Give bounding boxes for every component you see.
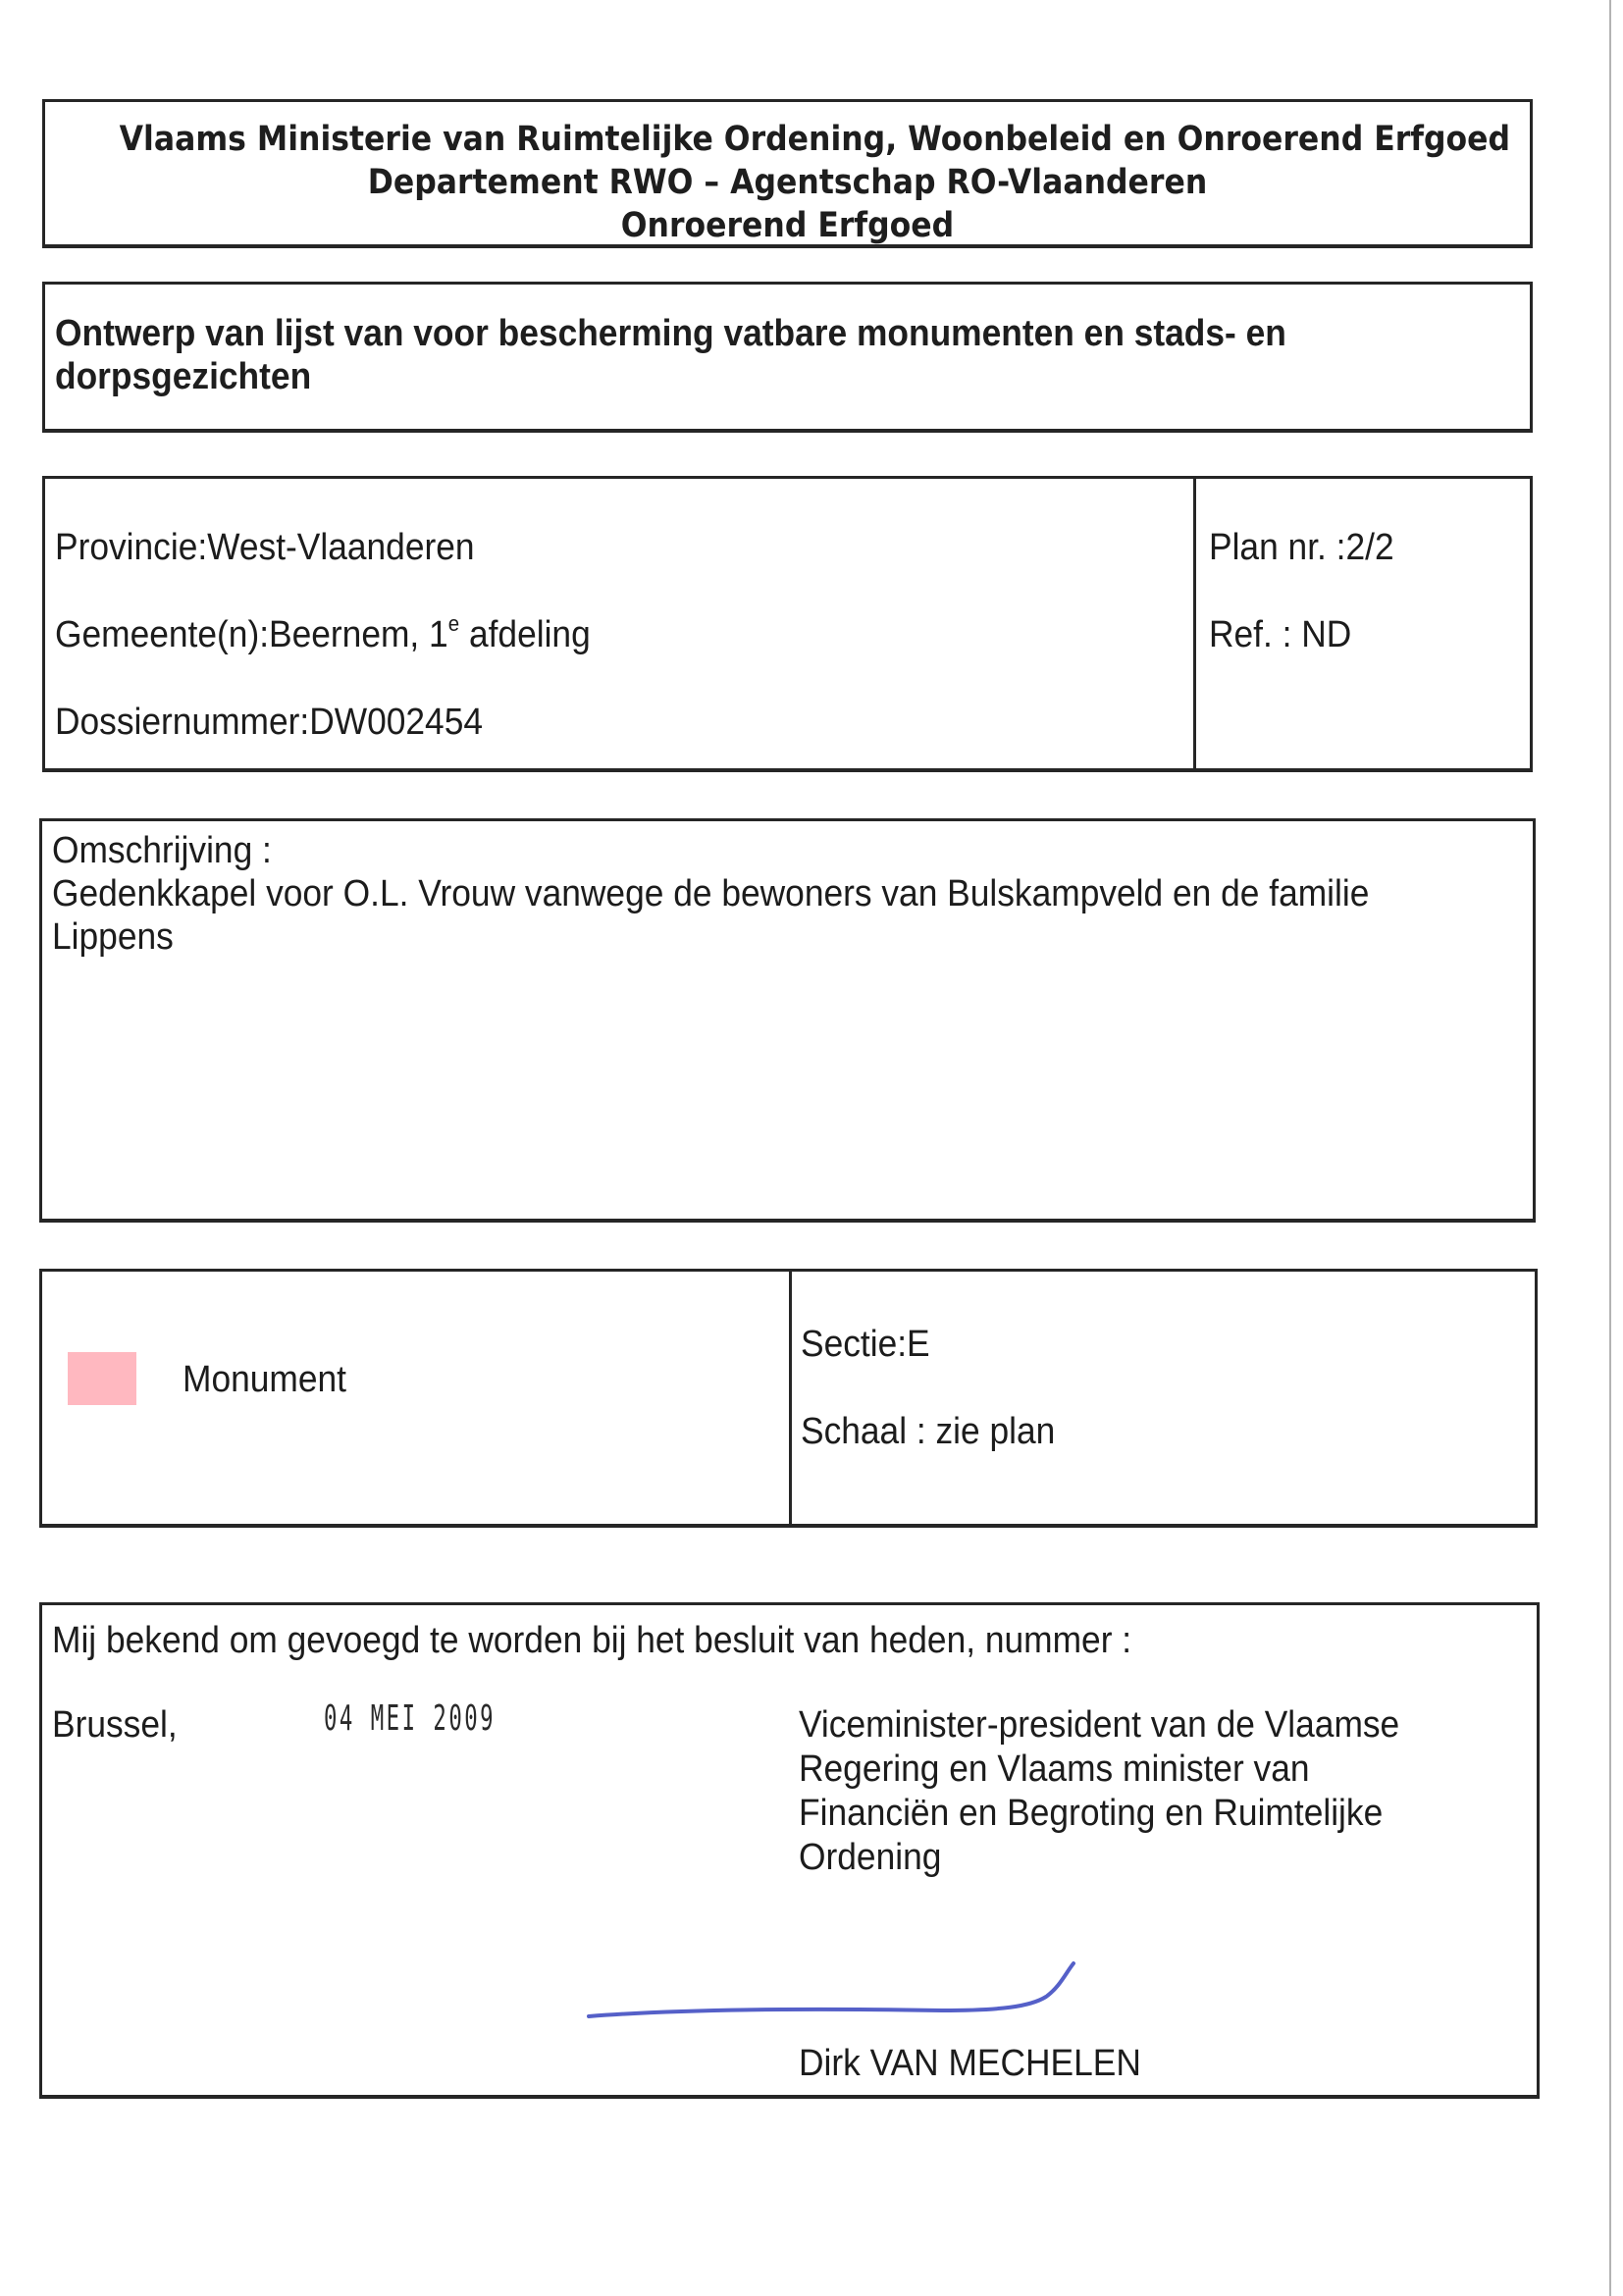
date-stamp: 04 MEI 2009 xyxy=(324,1699,496,1739)
gemeente-suffix: afdeling xyxy=(459,614,591,655)
department-name: Departement RWO – Agentschap RO-Vlaander… xyxy=(120,161,1456,204)
approval-statement: Mij bekend om gevoegd te worden bij het … xyxy=(52,1619,1131,1662)
provincie-field: Provincie:West-Vlaanderen xyxy=(55,526,475,569)
info-divider xyxy=(1193,479,1196,768)
agency-name: Onroerend Erfgoed xyxy=(120,204,1456,247)
minister-role-line-1: Viceminister-president van de Vlaamse xyxy=(799,1703,1399,1747)
location-info-box: Provincie:West-Vlaanderen Gemeente(n):Be… xyxy=(42,476,1533,772)
approval-place: Brussel, xyxy=(52,1703,178,1747)
document-title-line-1: Ontwerp van lijst van voor bescherming v… xyxy=(55,312,1286,355)
ministry-name: Vlaams Ministerie van Ruimtelijke Ordeni… xyxy=(120,118,1456,161)
document-title-line-2: dorpsgezichten xyxy=(55,355,311,398)
schaal-field: Schaal : zie plan xyxy=(801,1410,1055,1453)
plan-number-field: Plan nr. :2/2 xyxy=(1209,526,1394,569)
minister-role-line-4: Ordening xyxy=(799,1836,941,1879)
description-box: Omschrijving : Gedenkkapel voor O.L. Vro… xyxy=(39,818,1536,1223)
sectie-field: Sectie:E xyxy=(801,1323,930,1366)
legend-divider xyxy=(789,1272,792,1524)
reference-field: Ref. : ND xyxy=(1209,613,1351,656)
gemeente-superscript: e xyxy=(448,611,459,636)
legend-label-monument: Monument xyxy=(183,1358,346,1401)
minister-role-line-2: Regering en Vlaams minister van xyxy=(799,1748,1310,1791)
dossier-number-field: Dossiernummer:DW002454 xyxy=(55,701,483,744)
scan-edge-line xyxy=(1609,0,1611,2296)
handwritten-signature xyxy=(569,1948,1099,2036)
description-text-line-1: Gedenkkapel voor O.L. Vrouw vanwege de b… xyxy=(52,872,1369,915)
signatory-name: Dirk VAN MECHELEN xyxy=(799,2042,1141,2085)
description-label: Omschrijving : xyxy=(52,829,272,872)
ministry-header-box: Vlaams Ministerie van Ruimtelijke Ordeni… xyxy=(42,99,1533,248)
monument-color-swatch xyxy=(68,1352,136,1405)
minister-role-line-3: Financiën en Begroting en Ruimtelijke xyxy=(799,1792,1383,1835)
description-text-line-2: Lippens xyxy=(52,915,174,959)
gemeente-text: Gemeente(n):Beernem, 1 xyxy=(55,614,448,655)
gemeente-field: Gemeente(n):Beernem, 1e afdeling xyxy=(55,613,591,656)
legend-box: Monument Sectie:E Schaal : zie plan xyxy=(39,1269,1538,1528)
document-title-box: Ontwerp van lijst van voor bescherming v… xyxy=(42,282,1533,433)
